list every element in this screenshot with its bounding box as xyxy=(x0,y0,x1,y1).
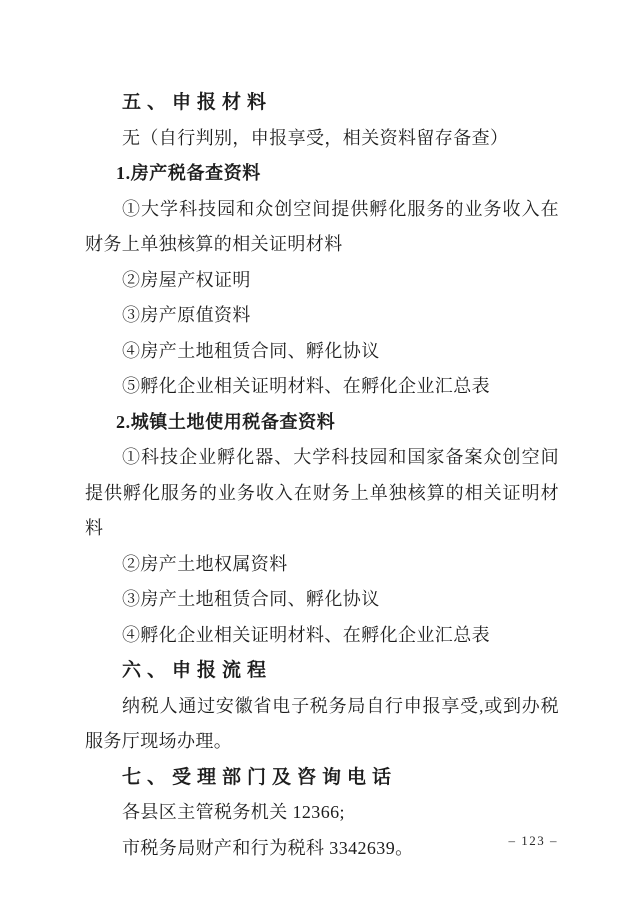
section-heading-6-declaration-process: 六、申报流程 xyxy=(85,653,559,689)
document-body: 五、申报材料 无（自行判别，申报享受，相关资料留存备查） 1.房产税备查资料 ①… xyxy=(85,85,559,866)
section-heading-7-accepting-department-phone: 七、受理部门及咨询电话 xyxy=(85,760,559,796)
list-item: ①大学科技园和众创空间提供孵化服务的业务收入在财务上单独核算的相关证明材料 xyxy=(85,192,559,263)
list-item: ③房产原值资料 xyxy=(85,298,559,334)
page-number: – 123 – xyxy=(509,833,559,849)
subheading-2-urban-land-use-tax-materials: 2.城镇土地使用税备查资料 xyxy=(85,405,559,441)
list-item: ④孵化企业相关证明材料、在孵化企业汇总表 xyxy=(85,618,559,654)
body-paragraph: 市税务局财产和行为税科 3342639。 xyxy=(85,831,559,867)
body-paragraph: 纳税人通过安徽省电子税务局自行申报享受,或到办税服务厅现场办理。 xyxy=(85,689,559,760)
list-item: ②房屋产权证明 xyxy=(85,263,559,299)
subheading-1-property-tax-materials: 1.房产税备查资料 xyxy=(85,156,559,192)
list-item: ③房产土地租赁合同、孵化协议 xyxy=(85,582,559,618)
body-paragraph: 无（自行判别，申报享受，相关资料留存备查） xyxy=(85,121,559,157)
list-item: ①科技企业孵化器、大学科技园和国家备案众创空间提供孵化服务的业务收入在财务上单独… xyxy=(85,440,559,547)
list-item: ④房产土地租赁合同、孵化协议 xyxy=(85,334,559,370)
document-page: 五、申报材料 无（自行判别，申报享受，相关资料留存备查） 1.房产税备查资料 ①… xyxy=(0,0,642,907)
section-heading-5-declaration-materials: 五、申报材料 xyxy=(85,85,559,121)
body-paragraph: 各县区主管税务机关 12366; xyxy=(85,795,559,831)
list-item: ②房产土地权属资料 xyxy=(85,547,559,583)
list-item: ⑤孵化企业相关证明材料、在孵化企业汇总表 xyxy=(85,369,559,405)
